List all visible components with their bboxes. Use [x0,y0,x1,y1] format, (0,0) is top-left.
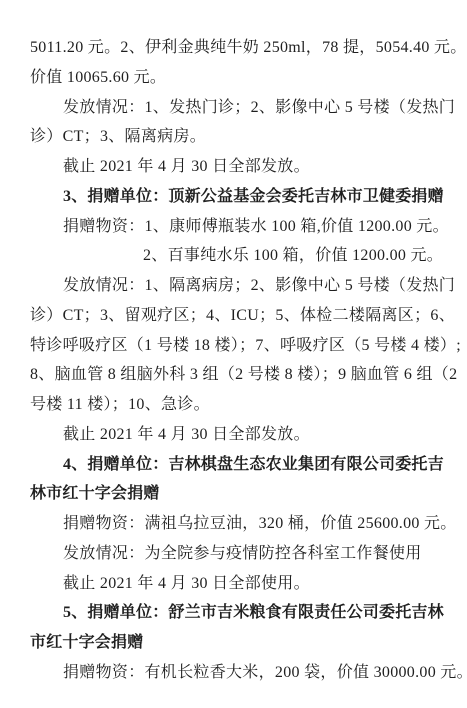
section-4-heading-cont: 林市红十字会捐赠 [30,479,449,509]
text-line-deadline: 截止 2021 年 4 月 30 日全部使用。 [30,569,449,599]
text-line-distribution-cont: 诊）CT；3、隔离病房。 [30,122,449,152]
section-5-heading-cont: 市红十字会捐赠 [30,628,449,658]
text-line-distribution: 发放情况：1、发热门诊；2、影像中心 5 号楼（发热门 [30,93,449,123]
text-line-deadline: 截止 2021 年 4 月 30 日全部发放。 [30,152,449,182]
text-line-distribution-cont: 8、脑血管 8 组脑外科 3 组（2 号楼 8 楼）；9 脑血管 6 组（2 [30,360,449,390]
text-line-distribution: 发放情况：1、隔离病房；2、影像中心 5 号楼（发热门 [30,271,449,301]
text-line-total-value: 价值 10065.60 元。 [30,63,449,93]
text-line-materials: 捐赠物资：满祖乌拉豆油，320 桶，价值 25600.00 元。 [30,509,449,539]
text-line-distribution: 发放情况：为全院参与疫情防控各科室工作餐使用 [30,539,449,569]
section-4-heading: 4、捐赠单位：吉林棋盘生态农业集团有限公司委托吉 [30,450,449,480]
text-line-deadline: 截止 2021 年 4 月 30 日全部发放。 [30,420,449,450]
text-line-distribution-cont: 号楼 11 楼）；10、急诊。 [30,390,449,420]
text-line-distribution-cont: 特诊呼吸疗区（1 号楼 18 楼）；7、呼吸疗区（5 号楼 4 楼）; [30,331,449,361]
text-line-distribution-cont: 诊）CT；3、留观疗区；4、ICU；5、体检二楼隔离区；6、 [30,301,449,331]
text-line-value-continuation: 5011.20 元。2、伊利金典纯牛奶 250ml，78 提，5054.40 元… [30,33,449,63]
document-page: 5011.20 元。2、伊利金典纯牛奶 250ml，78 提，5054.40 元… [0,0,467,708]
text-line-materials-1: 捐赠物资：1、康师傅瓶装水 100 箱,价值 1200.00 元。 [30,212,449,242]
text-line-materials: 捐赠物资：有机长粒香大米，200 袋，价值 30000.00 元。 [30,658,449,688]
section-5-heading: 5、捐赠单位：舒兰市吉米粮食有限责任公司委托吉林 [30,598,449,628]
text-line-materials-2: 2、百事纯水乐 100 箱，价值 1200.00 元。 [30,241,449,271]
section-3-heading: 3、捐赠单位：顶新公益基金会委托吉林市卫健委捐赠 [30,182,449,212]
